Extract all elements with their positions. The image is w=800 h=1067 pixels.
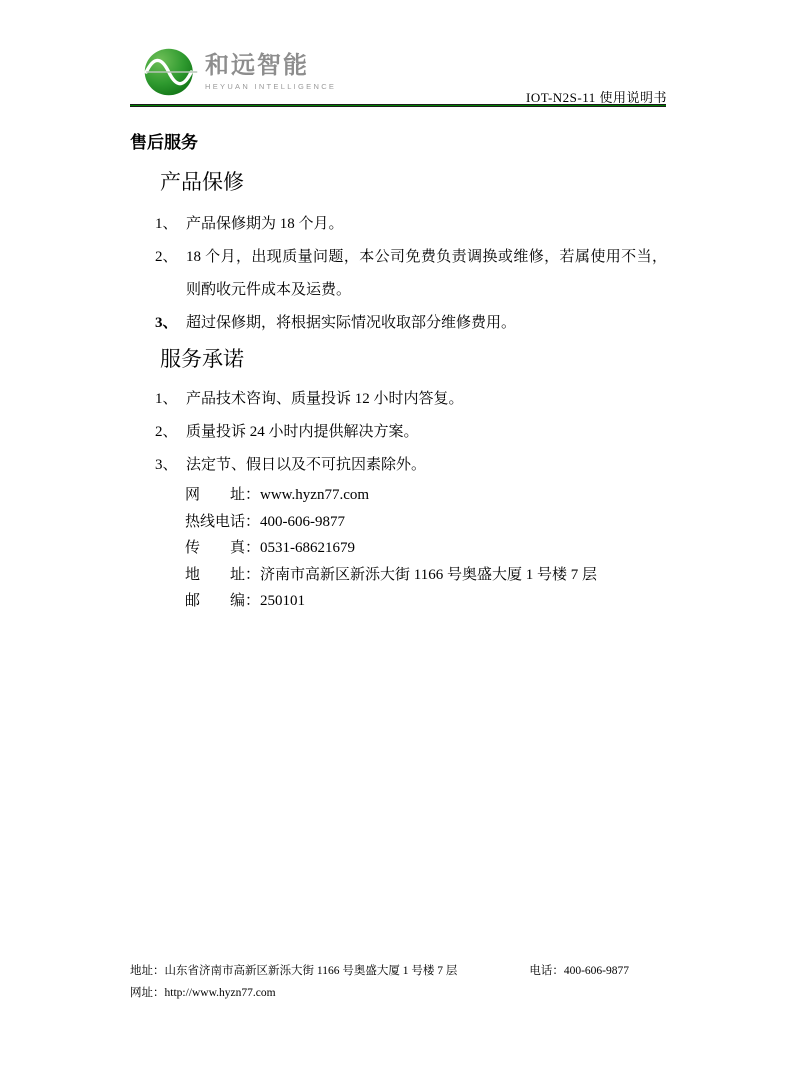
- page-footer: 地址：山东省济南市高新区新泺大街 1166 号奥盛大厦 1 号楼 7 层 电话：…: [130, 960, 667, 1004]
- brand-name-english: HEYUAN INTELLIGENCE: [205, 82, 336, 91]
- list-item: 2、 质量投诉 24 小时内提供解决方案。: [130, 416, 667, 449]
- contact-value: www.hyzn77.com: [260, 482, 369, 509]
- contact-label: 邮 编：: [185, 588, 260, 615]
- list-item-text: 超过保修期，将根据实际情况收取部分维修费用。: [186, 307, 667, 340]
- header-divider: [130, 104, 666, 107]
- list-item-text: 法定节、假日以及不可抗因素除外。: [186, 449, 667, 482]
- contact-address: 地 址： 济南市高新区新泺大街 1166 号奥盛大厦 1 号楼 7 层: [185, 562, 667, 589]
- contact-value: 0531-68621679: [260, 535, 355, 562]
- contact-label: 网 址：: [185, 482, 260, 509]
- list-item-number: 1、: [155, 208, 186, 241]
- company-logo: 和远智能 HEYUAN INTELLIGENCE: [144, 47, 336, 97]
- contact-label: 传 真：: [185, 535, 260, 562]
- list-item: 2、 18 个月，出现质量问题，本公司免费负责调换或维修，若属使用不当，则酌收元…: [130, 241, 667, 307]
- list-item-text: 产品保修期为 18 个月。: [186, 208, 667, 241]
- footer-phone: 电话：400-606-9877: [529, 960, 629, 982]
- footer-website: 网址：http://www.hyzn77.com: [130, 982, 667, 1004]
- contact-info: 网 址： www.hyzn77.com 热线电话： 400-606-9877 传…: [185, 482, 667, 615]
- list-item-number: 2、: [155, 416, 186, 449]
- main-content: 售后服务 产品保修 1、 产品保修期为 18 个月。 2、 18 个月，出现质量…: [130, 133, 667, 615]
- list-item-text: 18 个月，出现质量问题，本公司免费负责调换或维修，若属使用不当，则酌收元件成本…: [186, 241, 667, 307]
- contact-hotline: 热线电话： 400-606-9877: [185, 509, 667, 536]
- list-item: 3、 法定节、假日以及不可抗因素除外。: [130, 449, 667, 482]
- list-item-number: 2、: [155, 241, 186, 307]
- section-heading-promise: 服务承诺: [160, 346, 667, 373]
- list-item: 1、 产品技术咨询、质量投诉 12 小时内答复。: [130, 383, 667, 416]
- list-item-number: 1、: [155, 383, 186, 416]
- contact-website: 网 址： www.hyzn77.com: [185, 482, 667, 509]
- list-item-text: 产品技术咨询、质量投诉 12 小时内答复。: [186, 383, 667, 416]
- list-item-text: 质量投诉 24 小时内提供解决方案。: [186, 416, 667, 449]
- manual-page: 和远智能 HEYUAN INTELLIGENCE IOT-N2S-11 使用说明…: [0, 0, 800, 1067]
- footer-address: 地址：山东省济南市高新区新泺大街 1166 号奥盛大厦 1 号楼 7 层: [130, 960, 457, 982]
- list-item-number: 3、: [155, 449, 186, 482]
- list-item: 1、 产品保修期为 18 个月。: [130, 208, 667, 241]
- sine-wave-circle-icon: [144, 47, 198, 97]
- contact-value: 济南市高新区新泺大街 1166 号奥盛大厦 1 号楼 7 层: [260, 562, 597, 589]
- section-heading-warranty: 产品保修: [160, 169, 667, 196]
- list-item: 3、 超过保修期，将根据实际情况收取部分维修费用。: [130, 307, 667, 340]
- contact-value: 400-606-9877: [260, 509, 345, 536]
- list-item-number: 3、: [155, 307, 186, 340]
- contact-label: 地 址：: [185, 562, 260, 589]
- contact-zipcode: 邮 编： 250101: [185, 588, 667, 615]
- brand-name-chinese: 和远智能: [205, 54, 336, 78]
- contact-label: 热线电话：: [185, 509, 260, 536]
- brand-text: 和远智能 HEYUAN INTELLIGENCE: [205, 47, 336, 91]
- page-title: 售后服务: [130, 133, 667, 153]
- footer-line-1: 地址：山东省济南市高新区新泺大街 1166 号奥盛大厦 1 号楼 7 层 电话：…: [130, 960, 667, 982]
- contact-fax: 传 真： 0531-68621679: [185, 535, 667, 562]
- contact-value: 250101: [260, 588, 305, 615]
